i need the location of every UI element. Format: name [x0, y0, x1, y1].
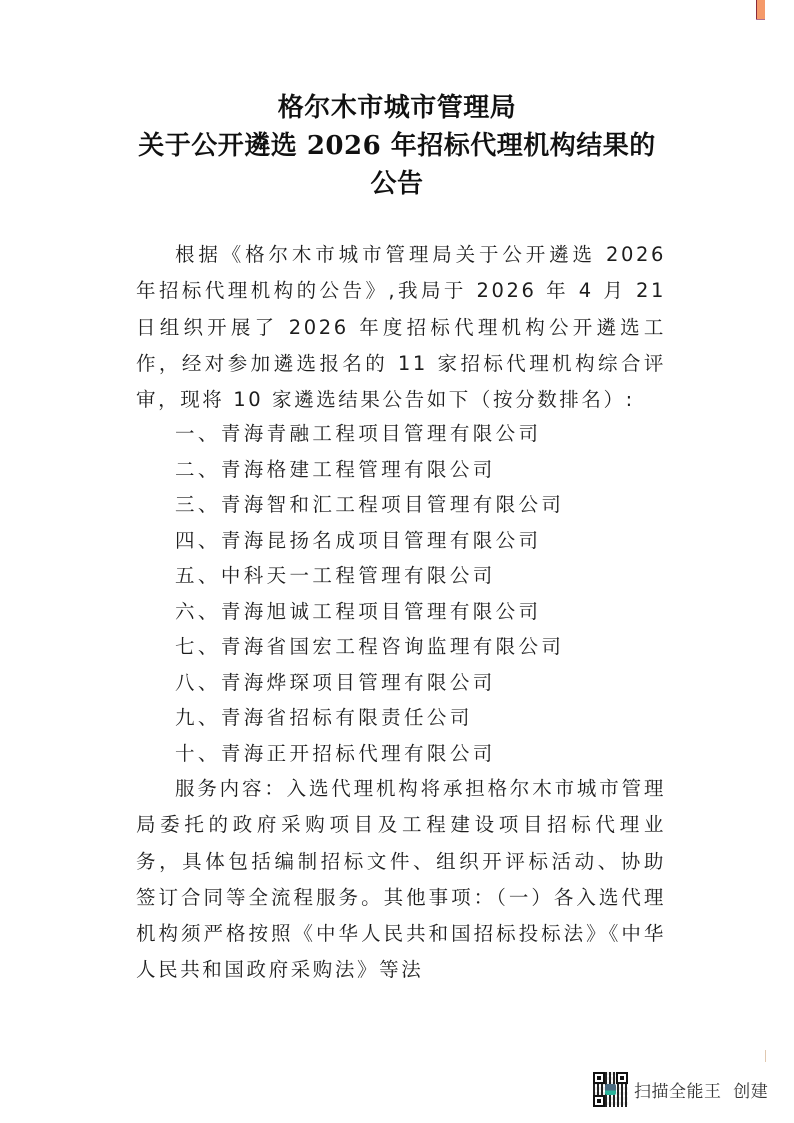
- result-item: 七、青海省国宏工程咨询监理有限公司: [175, 629, 564, 665]
- result-item: 三、青海智和汇工程项目管理有限公司: [175, 487, 564, 523]
- result-item: 四、青海昆扬名成项目管理有限公司: [175, 523, 564, 559]
- result-rank: 六、: [175, 600, 221, 623]
- result-company: 青海旭诚工程项目管理有限公司: [221, 600, 542, 623]
- corner-color-mark: [756, 0, 765, 20]
- result-rank: 四、: [175, 529, 221, 552]
- watermark-text: 扫描全能王 创建: [634, 1077, 768, 1102]
- result-company: 青海烨琛项目管理有限公司: [221, 671, 496, 694]
- result-company: 青海智和汇工程项目管理有限公司: [221, 493, 565, 516]
- document-title-line-2: 关于公开遴选 2026 年招标代理机构结果的: [0, 130, 794, 162]
- scanner-watermark: 扫描全能王 创建: [593, 1071, 768, 1107]
- result-rank: 十、: [175, 742, 221, 765]
- result-rank: 三、: [175, 493, 221, 516]
- qr-code-icon: [593, 1072, 628, 1107]
- result-company: 青海昆扬名成项目管理有限公司: [221, 529, 542, 552]
- result-company: 青海省招标有限责任公司: [221, 706, 473, 729]
- result-rank: 五、: [175, 564, 221, 587]
- result-company: 青海青融工程项目管理有限公司: [221, 422, 542, 445]
- result-rank: 二、: [175, 458, 221, 481]
- document-title-line-1: 格尔木市城市管理局: [0, 92, 794, 124]
- result-company: 青海省国宏工程咨询监理有限公司: [221, 635, 565, 658]
- result-item: 二、青海格建工程管理有限公司: [175, 452, 564, 488]
- result-rank: 七、: [175, 635, 221, 658]
- result-item: 八、青海烨琛项目管理有限公司: [175, 665, 564, 701]
- result-company: 青海正开招标代理有限公司: [221, 742, 496, 765]
- result-rank: 九、: [175, 706, 221, 729]
- result-company: 中科天一工程管理有限公司: [221, 564, 496, 587]
- result-company: 青海格建工程管理有限公司: [221, 458, 496, 481]
- results-list: 一、青海青融工程项目管理有限公司 二、青海格建工程管理有限公司 三、青海智和汇工…: [175, 416, 564, 771]
- service-paragraph: 服务内容：入选代理机构将承担格尔木市城市管理局委托的政府采购项目及工程建设项目招…: [136, 771, 666, 989]
- result-item: 五、中科天一工程管理有限公司: [175, 558, 564, 594]
- result-item: 九、青海省招标有限责任公司: [175, 700, 564, 736]
- result-rank: 八、: [175, 671, 221, 694]
- document-title-line-3: 公告: [0, 168, 794, 200]
- result-item: 十、青海正开招标代理有限公司: [175, 736, 564, 772]
- result-item: 六、青海旭诚工程项目管理有限公司: [175, 594, 564, 630]
- intro-paragraph: 根据《格尔木市城市管理局关于公开遴选 2026 年招标代理机构的公告》,我局于 …: [136, 237, 666, 418]
- result-item: 一、青海青融工程项目管理有限公司: [175, 416, 564, 452]
- result-rank: 一、: [175, 422, 221, 445]
- scan-edge-mark: [765, 1050, 766, 1062]
